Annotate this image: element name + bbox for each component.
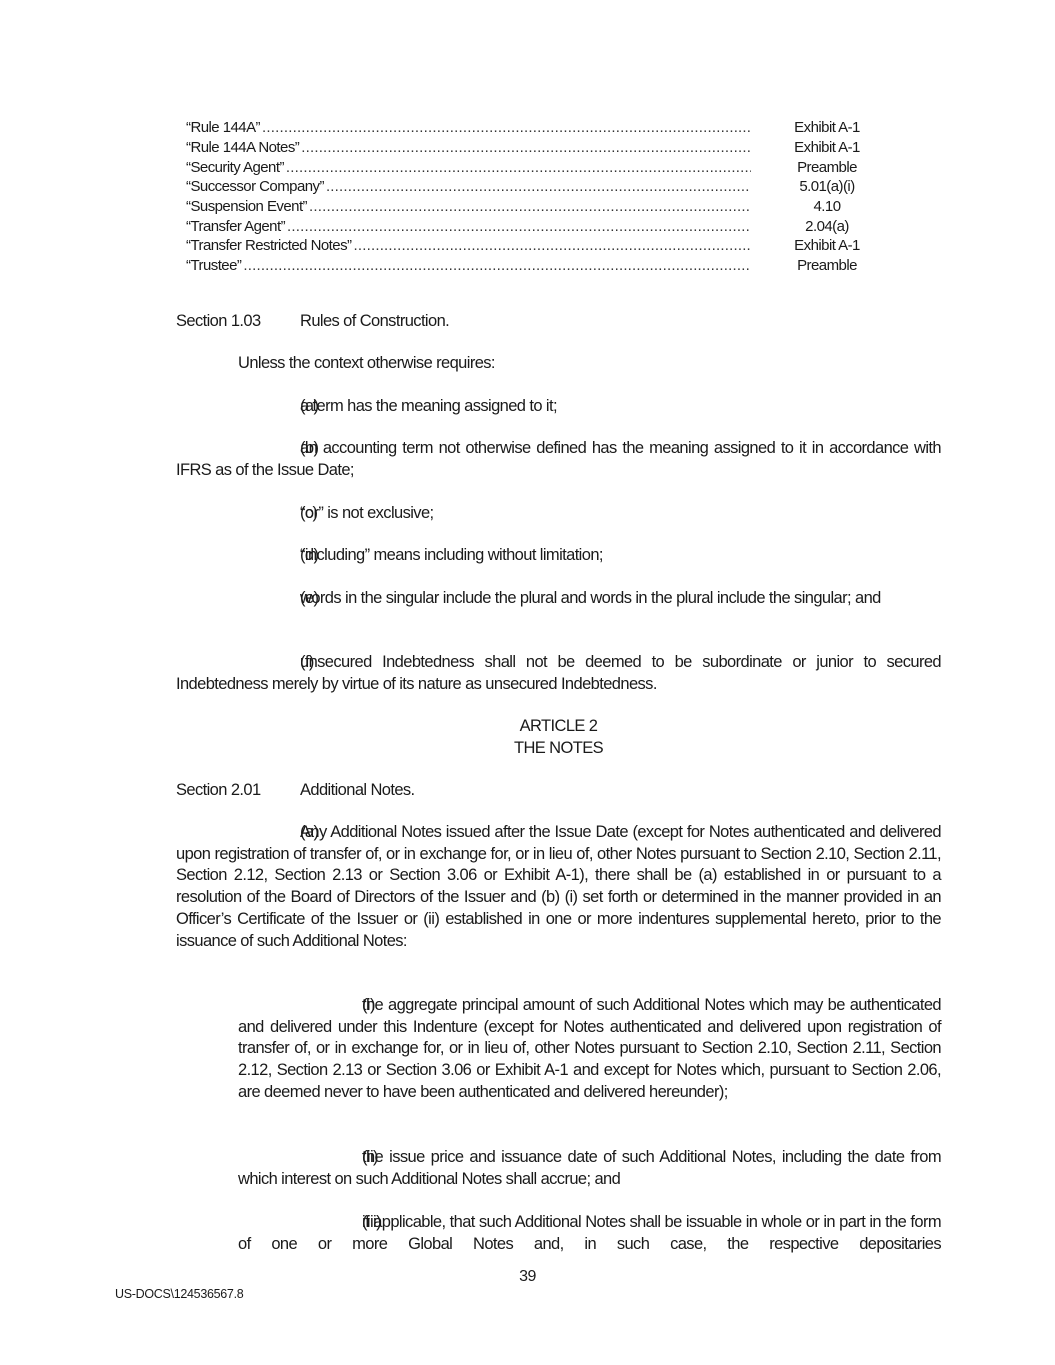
section-title: Rules of Construction. [300, 312, 449, 330]
definition-term: “Security Agent” [186, 159, 286, 176]
definition-row: “Suspension Event” .....................… [186, 197, 891, 217]
definition-term: “Rule 144A” [186, 119, 262, 136]
definition-term: “Suspension Event” [186, 198, 309, 215]
leader-dots: ........................................… [286, 159, 751, 176]
definition-reference: Preamble [751, 159, 891, 176]
definition-row: “Successor Company” ....................… [186, 177, 891, 197]
leader-dots: ........................................… [287, 218, 751, 235]
definition-reference: Exhibit A-1 [751, 237, 891, 254]
definition-row: “Rule 144A Notes” ......................… [186, 138, 891, 158]
definition-reference: 4.10 [751, 198, 891, 215]
definition-reference: Preamble [751, 257, 891, 274]
subclause-ii: (ii)the issue price and issuance date of… [238, 1147, 941, 1190]
definition-row: “Security Agent” .......................… [186, 157, 891, 177]
clause-b: (b)an accounting term not otherwise defi… [176, 438, 941, 481]
definition-reference: 2.04(a) [751, 218, 891, 235]
definition-term: “Transfer Restricted Notes” [186, 237, 353, 254]
clause-a: (a)a term has the meaning assigned to it… [176, 396, 941, 418]
leader-dots: ........................................… [301, 139, 751, 156]
leader-dots: ........................................… [243, 257, 751, 274]
definition-term: “Successor Company” [186, 178, 326, 195]
document-page: “Rule 144A” ............................… [0, 0, 1055, 1365]
section-number: Section 2.01 [176, 780, 300, 802]
clause-e: (e)words in the singular include the plu… [176, 588, 941, 610]
definition-row: “Trustee” ..............................… [186, 256, 891, 276]
definition-reference: Exhibit A-1 [751, 119, 891, 136]
definition-term: “Rule 144A Notes” [186, 139, 301, 156]
clause-c: (c)“or” is not exclusive; [176, 503, 941, 525]
section-title: Additional Notes. [300, 781, 415, 799]
definition-row: “Rule 144A” ............................… [186, 118, 891, 138]
subclause-iii: (iii)if applicable, that such Additional… [238, 1212, 941, 1255]
article-number: ARTICLE 2 [176, 716, 941, 738]
definition-row: “Transfer Agent” .......................… [186, 216, 891, 236]
paragraph-a: (a)Any Additional Notes issued after the… [176, 822, 941, 952]
subclause-i: (i)the aggregate principal amount of suc… [238, 995, 941, 1104]
clause-f: (f)unsecured Indebtedness shall not be d… [176, 652, 941, 695]
definition-term: “Trustee” [186, 257, 243, 274]
section-number: Section 1.03 [176, 311, 300, 333]
leader-dots: ........................................… [353, 237, 751, 254]
leader-dots: ........................................… [262, 119, 751, 136]
article-title: THE NOTES [176, 738, 941, 760]
definitions-index: “Rule 144A” ............................… [186, 118, 891, 276]
leader-dots: ........................................… [309, 198, 751, 215]
clause-d: (d)“including” means including without l… [176, 545, 941, 567]
definition-reference: Exhibit A-1 [751, 139, 891, 156]
section-heading: Section 1.03Rules of Construction. [176, 311, 449, 333]
definition-term: “Transfer Agent” [186, 218, 287, 235]
page-number: 39 [0, 1268, 1055, 1286]
definition-row: “Transfer Restricted Notes” ............… [186, 236, 891, 256]
section-heading: Section 2.01Additional Notes. [176, 780, 415, 802]
leader-dots: ........................................… [326, 178, 751, 195]
definition-reference: 5.01(a)(i) [751, 178, 891, 195]
document-id: US-DOCS\124536567.8 [115, 1287, 243, 1301]
intro-paragraph: Unless the context otherwise requires: [238, 353, 941, 375]
